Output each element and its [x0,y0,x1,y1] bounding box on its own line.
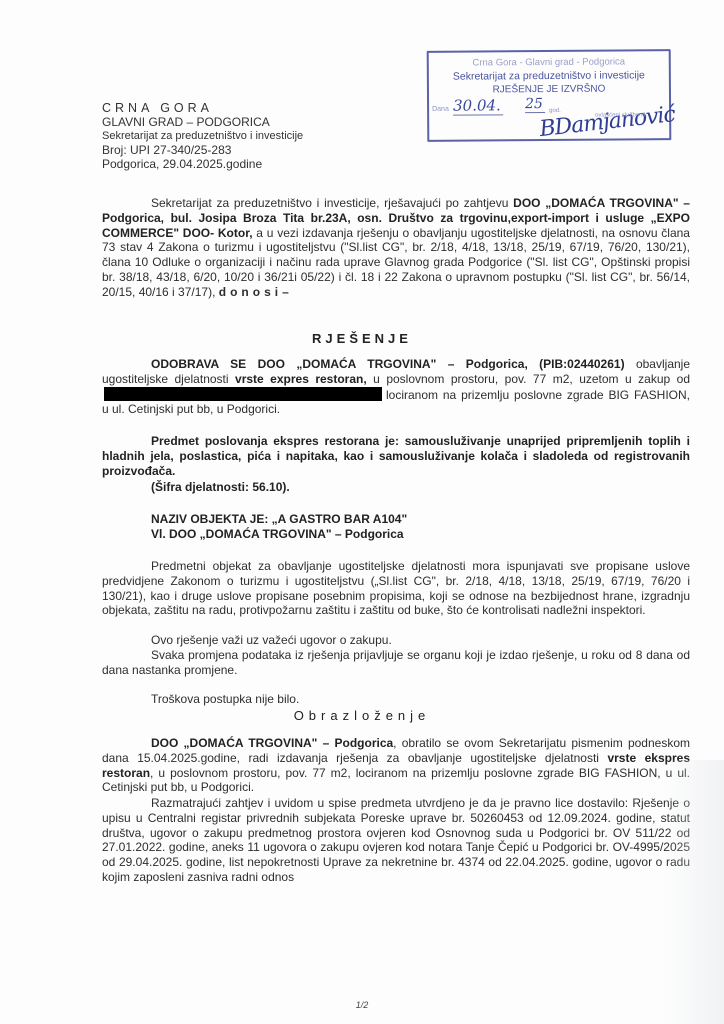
stamp-year-suffix: god. [549,108,561,114]
intro-paragraph: Sekretarijat za preduzetništvo i investi… [102,196,690,300]
approved-entity: ODOBRAVA SE DOO „DOMAĆA TRGOVINA" – Podg… [151,357,625,371]
stamp-department: Sekretarijat za preduzetništvo i investi… [429,69,669,83]
signature-label: ovlašćeni službenik [595,112,647,118]
applicant-ref: DOO „DOMAĆA TRGOVINA" – Podgorica [151,736,393,750]
changes-paragraph: Svaka promjena podataka iz rješenja prij… [102,648,690,678]
decision-paragraph: ODOBRAVA SE DOO „DOMAĆA TRGOVINA" – Podg… [102,357,690,417]
department: Sekretarijat za preduzetništvo i investi… [102,129,303,143]
document-page: Crna Gora - Glavni grad - Podgorica Sekr… [0,0,724,1024]
activity-type: vrste expres restoran, [235,372,367,386]
decrees: donosi– [219,285,293,299]
decision-title: RJEŠENJE [0,331,724,346]
document-date: Podgorica, 29.04.2025.godine [102,157,303,171]
stamp-status: RJEŠENJE JE IZVRŠNO [429,83,669,96]
conditions-paragraph: Predmetni objekat za obavljanje ugostite… [102,559,690,618]
activity-code: (Šifra djelatnosti: 56.10). [102,480,690,495]
stamp-date: 30.04. [453,96,503,115]
stamp-year: 25 [525,96,545,113]
object-owner: Vl. DOO „DOMAĆA TRGOVINA" – Podgorica [102,527,690,542]
city: GLAVNI GRAD – PODGORICA [102,115,303,129]
country: CRNA GORA [102,101,303,115]
case-number: Broj: UPI 27-340/25-283 [102,143,303,157]
costs-paragraph: Troškova postupka nije bilo. [102,692,690,707]
reasoning-title: Obrazloženje [0,708,724,723]
business-scope: Predmet poslovanja ekspres restorana je:… [102,434,690,478]
scan-shading [664,760,724,1024]
reasoning-paragraph: DOO „DOMAĆA TRGOVINA" – Podgorica, obrat… [102,736,690,795]
validity-paragraph: Ovo rješenje važi uz važeći ugovor o zak… [102,633,690,648]
stamp-date-label: Dana [432,106,449,113]
letterhead: CRNA GORA GLAVNI GRAD – PODGORICA Sekret… [102,101,303,171]
decision-text-2: u poslovnom prostoru, pov. 77 m2, uzetom… [367,372,690,386]
page-number: 1/2 [0,1000,724,1010]
redacted-block [104,387,382,401]
enforcement-stamp: Crna Gora - Glavni grad - Podgorica Sekr… [427,49,672,142]
intro-text: Sekretarijat za preduzetništvo i investi… [151,196,513,210]
documents-paragraph: Razmatrajući zahtjev i uvidom u spise pr… [102,796,690,885]
object-name: NAZIV OBJEKTA JE: „A GASTRO BAR A104" [102,512,690,527]
reasoning-text-2: , u poslovnom prostoru, pov. 77 m2, loci… [102,766,690,795]
stamp-issuer: Crna Gora - Glavni grad - Podgorica [429,56,669,69]
